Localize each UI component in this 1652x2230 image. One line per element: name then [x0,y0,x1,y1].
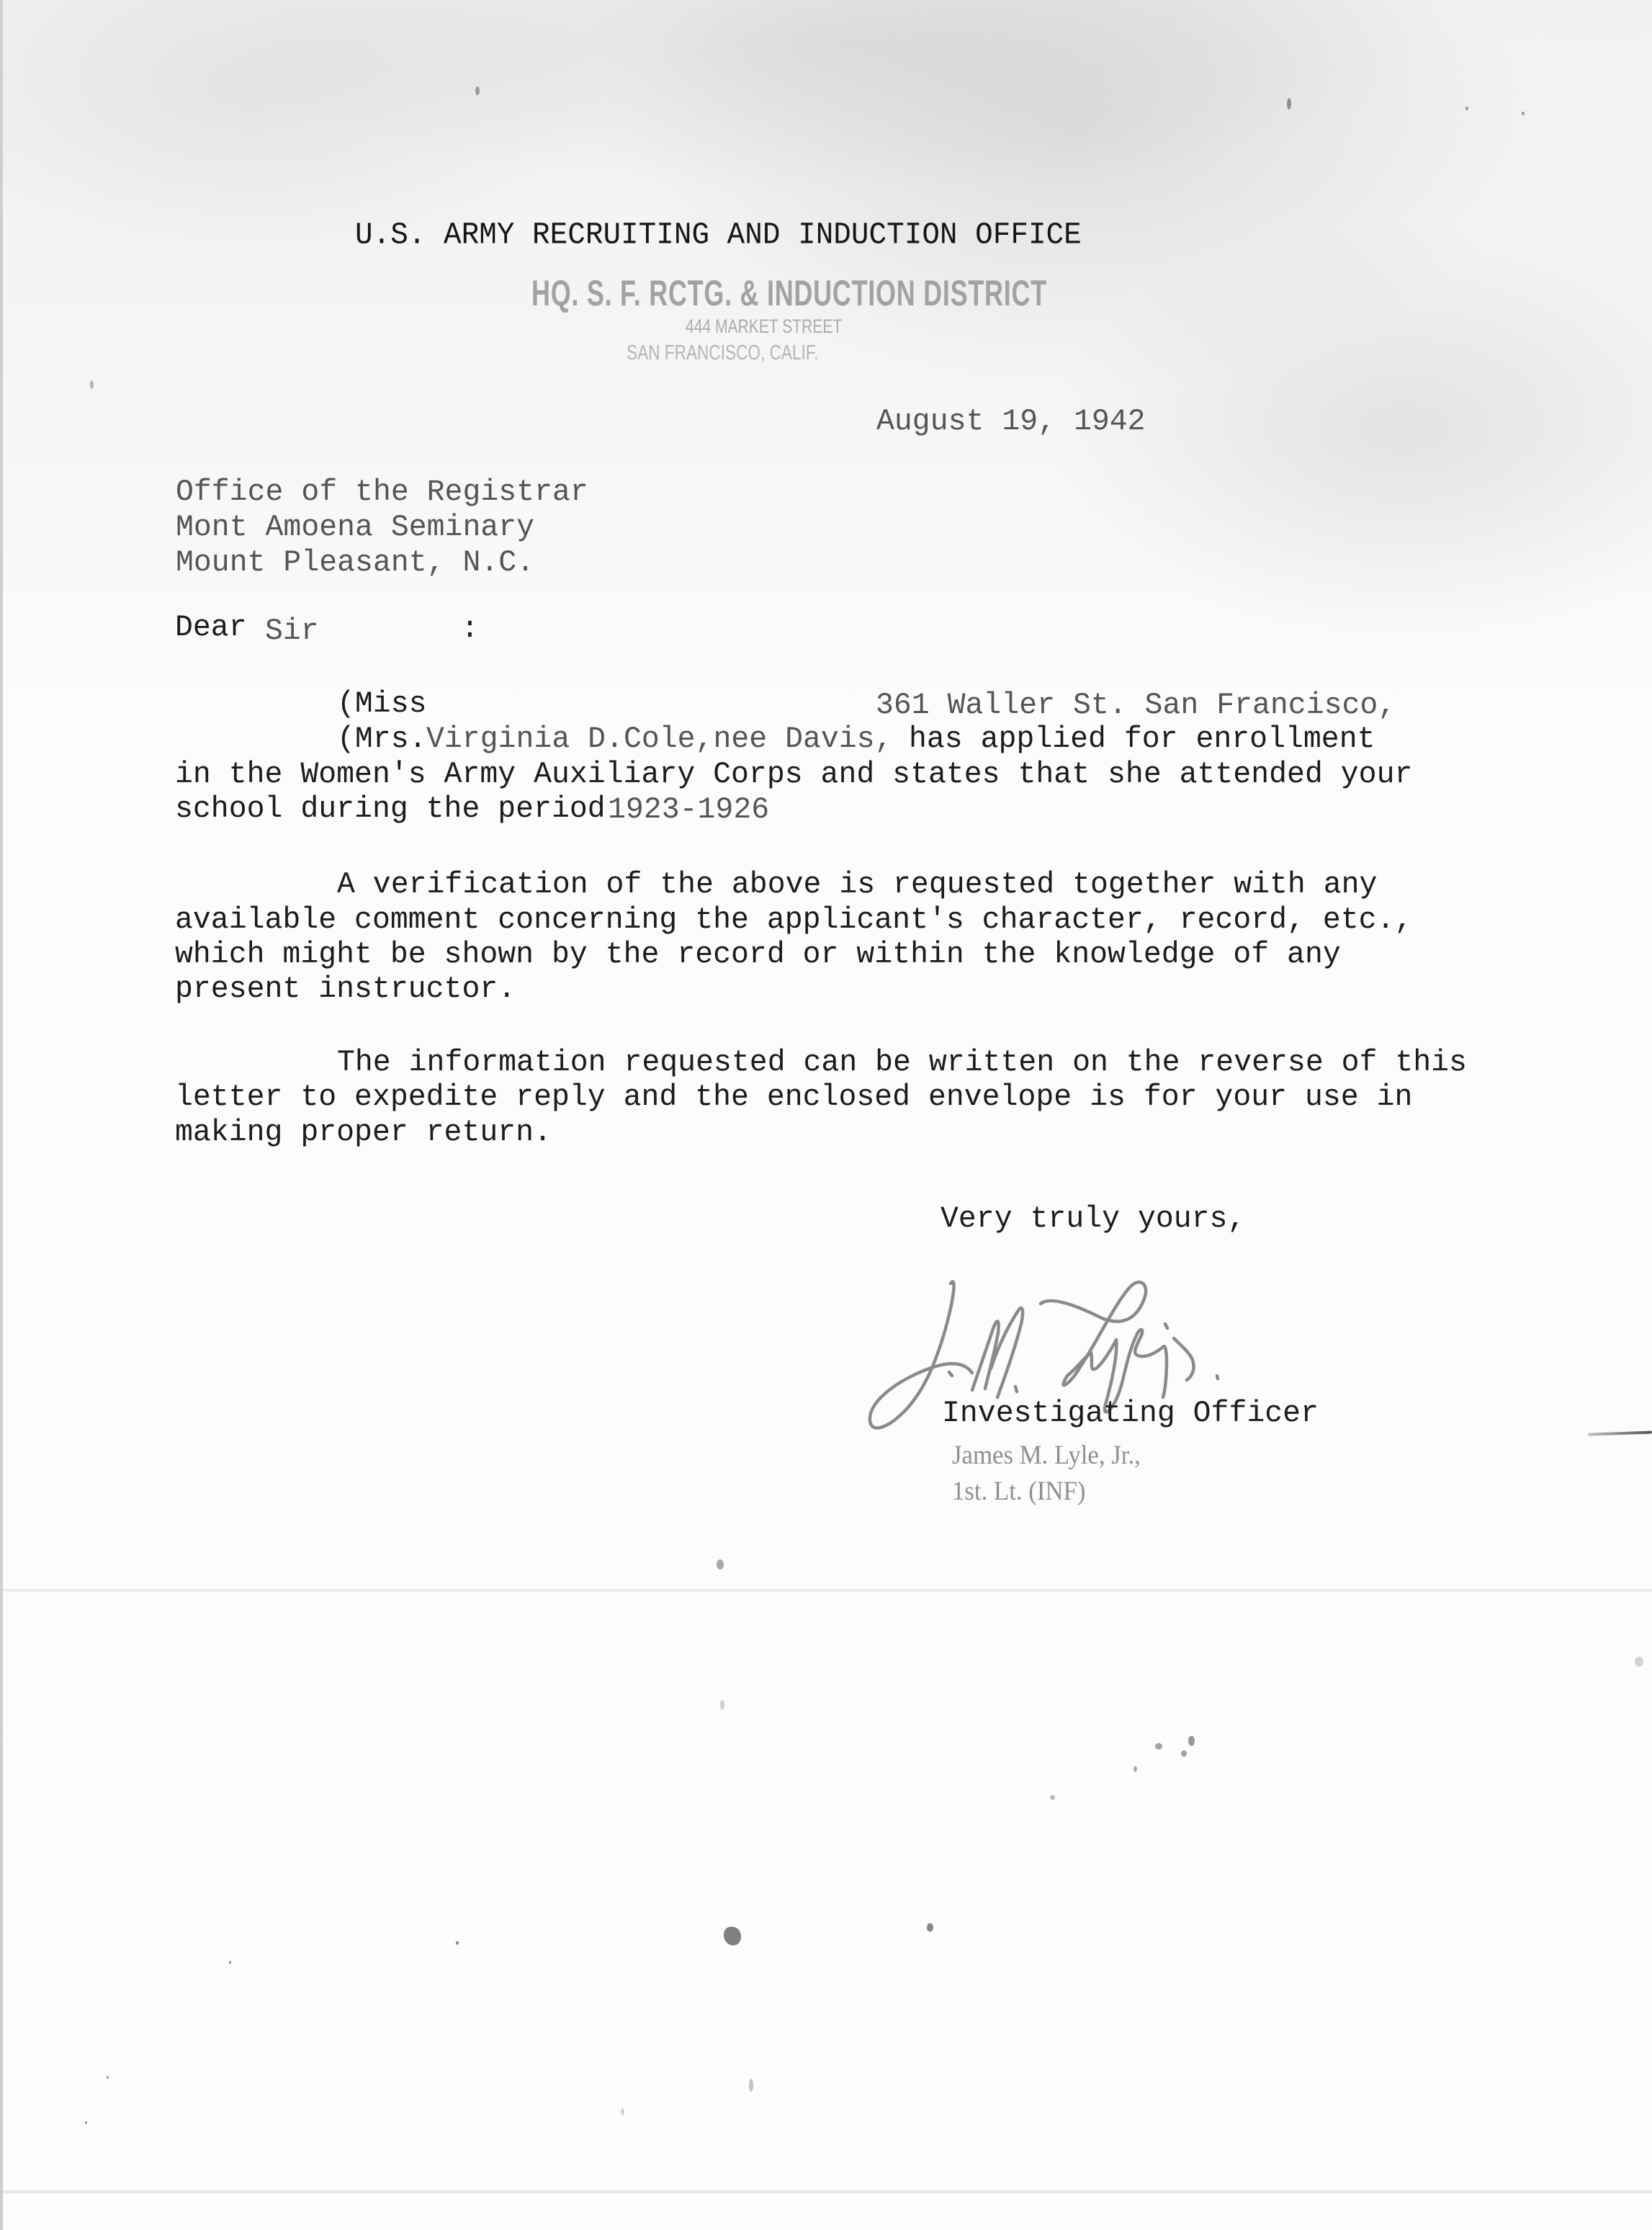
paragraph-2-line-4: present instructor. [175,972,516,1008]
signer-rank-stamp: 1st. Lt. (INF) [952,1476,1085,1507]
paper-stain [724,1927,741,1945]
paragraph-2-line-2: available comment concerning the applica… [175,903,1412,939]
paper-spot [85,2121,87,2124]
paper-spot [1155,1743,1162,1750]
applicant-line-2: in the Women's Army Auxiliary Corps and … [175,758,1412,793]
recipient-line-2: Mont Amoena Seminary [176,511,534,546]
signer-title: Investigating Officer [942,1397,1319,1432]
signer-name-stamp: James M. Lyle, Jr., [952,1440,1141,1471]
attendance-period: 1923-1926 [608,793,769,828]
paper-spot [1181,1750,1187,1757]
paper-spot [90,380,94,389]
paper-bottom-edge [0,2190,1652,2194]
paper-spot [1188,1736,1195,1746]
paper-spot [927,1923,933,1932]
paper-spot [1050,1795,1055,1800]
letterhead-stamp-street: 444 MARKET STREET [686,315,842,338]
paper-spot [1133,1766,1137,1772]
paragraph-3-line-1: The information requested can be written… [337,1046,1467,1081]
applicant-line-1-tail: has applied for enrollment [909,722,1375,758]
applicant-line-3-prefix: school during the period [175,792,606,828]
paper-spot [456,1941,459,1945]
paragraph-2-line-3: which might be shown by the record or wi… [175,938,1341,973]
paper-spot [229,1961,231,1964]
complimentary-close: Very truly yours, [941,1202,1245,1237]
paper-spot [1287,98,1291,109]
letter-date: August 19, 1942 [876,405,1146,440]
paragraph-3-line-3: making proper return. [175,1116,552,1151]
recipient-line-1: Office of the Registrar [176,475,588,511]
paper-spot [749,2079,753,2092]
letterhead-stamp-city: SAN FRANCISCO, CALIF. [627,341,818,365]
paper-fold-line [0,1588,1652,1593]
applicant-address: 361 Waller St. San Francisco, [876,689,1396,724]
paper-spot [475,86,480,95]
salutation-prefix: Dear [175,611,247,646]
paragraph-3-line-2: letter to expedite reply and the enclose… [175,1080,1412,1116]
paragraph-2-line-1: A verification of the above is requested… [337,868,1377,903]
page-left-edge [0,0,3,2230]
recipient-line-3: Mount Pleasant, N.C. [176,546,534,581]
salutation-name: Sir [265,614,319,650]
letterhead-stamp-district: HQ. S. F. RCTG. & INDUCTION DISTRICT [531,272,1047,314]
paper-spot [1465,107,1468,110]
paper-spot [107,2076,109,2079]
letter-page: U.S. ARMY RECRUITING AND INDUCTION OFFIC… [0,0,1652,2230]
paper-spot [717,1559,724,1569]
paper-spot [1635,1657,1643,1667]
letterhead-title: U.S. ARMY RECRUITING AND INDUCTION OFFIC… [355,218,1082,254]
applicant-miss-prefix: (Miss [337,687,427,722]
applicant-name: Virginia D.Cole,nee Davis, [426,722,893,758]
paper-spot [621,2108,624,2115]
paper-spot [1522,112,1525,115]
salutation-colon: : [461,612,479,648]
paper-edge-mark [1588,1430,1652,1436]
paper-spot [720,1700,724,1710]
applicant-mrs-prefix: (Mrs. [337,722,427,758]
